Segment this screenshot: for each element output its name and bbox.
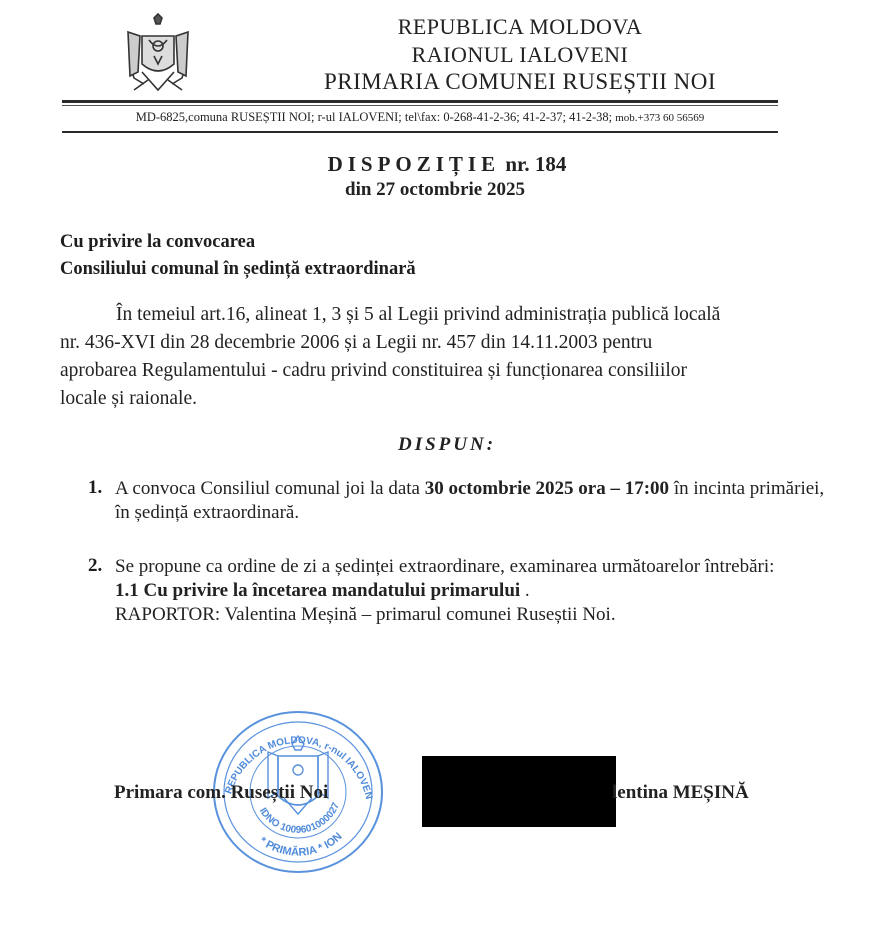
subject-line-1: Cu privire la convocarea xyxy=(60,229,416,256)
item-body: Se propune ca ordine de zi a ședinței ex… xyxy=(115,555,828,627)
header-district: RAIONUL IALOVENI xyxy=(140,42,894,68)
list-item: 1. A convoca Consiliul comunal joi la da… xyxy=(88,477,828,525)
subject-line-2: Consiliului comunal în ședință extraordi… xyxy=(60,256,416,283)
dispun-heading: DISPUN: xyxy=(0,434,894,456)
raportor-line: RAPORTOR: Valentina Meșină – primarul co… xyxy=(115,603,828,627)
contact-mobile: mob.+373 60 56569 xyxy=(615,112,704,124)
agenda-subitem: 1.1 Cu privire la încetarea mandatului p… xyxy=(115,579,828,603)
redaction-box xyxy=(422,756,616,827)
list-item: 2. Se propune ca ordine de zi a ședinței… xyxy=(88,555,828,627)
document-date: din 27 octombrie 2025 xyxy=(0,179,870,201)
signatory-name: lentina MEȘINĂ xyxy=(612,782,749,804)
item-number: 2. xyxy=(88,555,102,577)
item-text: A convoca Consiliul comunal joi la data xyxy=(115,478,425,499)
header-rule-thick xyxy=(62,100,778,103)
header-country: REPUBLICA MOLDOVA xyxy=(140,14,894,40)
item-body: A convoca Consiliul comunal joi la data … xyxy=(115,477,828,525)
signatory-title: Primara com. Ruseștii Noi xyxy=(114,782,328,804)
preamble-line-4: locale și raionale. xyxy=(60,385,820,413)
header-institution: PRIMARIA COMUNEI RUSEȘTII NOI xyxy=(140,69,894,95)
item-number: 1. xyxy=(88,477,102,499)
header-contact: MD-6825,comuna RUSEȘTII NOI; r-ul IALOVE… xyxy=(62,110,778,125)
agenda-subitem-tail: . xyxy=(520,580,530,601)
document-subject: Cu privire la convocarea Consiliului com… xyxy=(60,229,416,283)
preamble-line-3: aprobarea Regulamentului - cadru privind… xyxy=(60,357,820,385)
meeting-datetime: 30 octombrie 2025 ora – 17:00 xyxy=(425,478,669,499)
agenda-subitem-title: 1.1 Cu privire la încetarea mandatului p… xyxy=(115,580,520,601)
title-word: DISPOZIȚIE xyxy=(328,152,501,176)
header-rule-bottom xyxy=(62,131,778,133)
preamble-line-1: În temeiul art.16, alineat 1, 3 și 5 al … xyxy=(60,301,820,329)
document-title: DISPOZIȚIE nr. 184 xyxy=(0,152,894,177)
header-rule-thin xyxy=(62,105,778,106)
contact-address-phones: MD-6825,comuna RUSEȘTII NOI; r-ul IALOVE… xyxy=(136,110,612,124)
preamble-line-2: nr. 436-XVI din 28 decembrie 2006 și a L… xyxy=(60,329,820,357)
svg-text:IDNO 1009601000027: IDNO 1009601000027 xyxy=(257,801,342,836)
title-number: nr. 184 xyxy=(505,152,566,176)
item-text: Se propune ca ordine de zi a ședinței ex… xyxy=(115,555,828,579)
preamble: În temeiul art.16, alineat 1, 3 și 5 al … xyxy=(60,301,820,413)
